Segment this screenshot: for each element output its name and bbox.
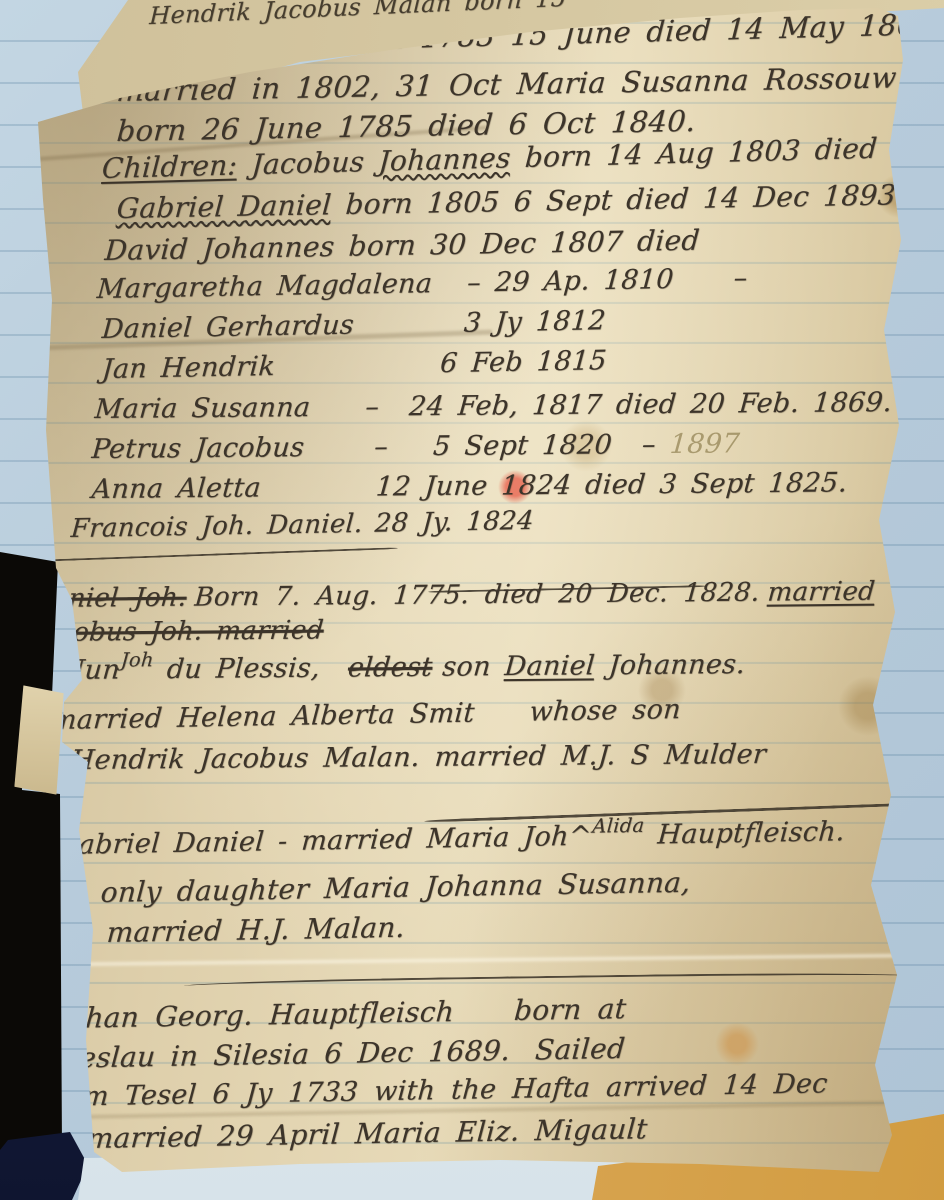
handwritten-text: David Johannes born 30 Dec 1807 died xyxy=(104,224,701,267)
handwritten-line-23: Breslau in Silesia 6 Dec 1689.Sailed xyxy=(44,1032,627,1075)
spacing-gap xyxy=(474,721,529,722)
handwritten-line-25: married 29 April Maria Eliz. Migault xyxy=(86,1112,649,1155)
handwritten-text: 5 Sept 1820 xyxy=(432,429,613,462)
handwritten-text: whose son xyxy=(528,694,682,728)
handwritten-text: – xyxy=(364,392,380,423)
spacing-gap xyxy=(275,372,440,375)
handwritten-line-12: Anna Aletta12 June 1824 died 3 Sept 1825… xyxy=(91,467,849,505)
handwritten-text: born 1805 6 Sept died 14 Dec 1893 xyxy=(330,178,897,221)
spacing-gap xyxy=(260,496,375,497)
handwritten-text: Hendrik Jacobus Malan. married M.J. S Mu… xyxy=(70,739,768,776)
handwritten-text: 1897 xyxy=(669,428,741,460)
handwritten-text: 3 Jy 1812 xyxy=(463,305,607,339)
handwritten-text: 6 Feb 1815 xyxy=(439,345,608,379)
handwritten-line-20: only daughter Maria Johanna Susanna, xyxy=(100,866,692,909)
handwritten-text: only daughter Maria Johanna Susanna, xyxy=(100,866,692,909)
paper-crease xyxy=(55,954,905,967)
handwritten-text: 28 Jy. 1824 xyxy=(374,506,535,539)
handwritten-line-13: Francois Joh. Daniel.28 Jy. 1824 xyxy=(70,506,535,544)
handwritten-line-15: Jacobus Joh. married xyxy=(31,615,325,648)
handwritten-text: Children: xyxy=(101,148,238,185)
handwritten-text: – xyxy=(641,429,657,460)
handwritten-text: Jacobus Joh. married xyxy=(31,615,325,648)
handwritten-text: Daniel Gerhardus xyxy=(101,310,355,345)
handwritten-text: married 29 April Maria Eliz. Migault xyxy=(86,1112,649,1155)
handwritten-text: Petrus Jacobus xyxy=(91,432,306,465)
handwritten-text: – xyxy=(373,431,389,462)
handwritten-line-9: Jan Hendrik6 Feb 1815 xyxy=(101,345,608,385)
photo-of-handwritten-genealogy-page: Hendrik Jacobus Malan born 15 Jacobus Fr… xyxy=(0,0,944,1200)
handwritten-text: Gabriel Daniel xyxy=(116,188,333,225)
handwritten-line-11: Petrus Jacobus–5 Sept 1820–1897 xyxy=(91,428,741,465)
spacing-gap xyxy=(454,1020,514,1021)
handwritten-text: born at xyxy=(513,992,627,1027)
handwritten-line-16: NunJoh du Plessis,eldestson Daniel Johan… xyxy=(60,649,747,686)
handwritten-text: Joh xyxy=(120,648,155,671)
spacing-gap xyxy=(432,292,467,293)
handwritten-line-7: Margaretha Magdalena– 29 Ap. 1810– xyxy=(96,263,749,305)
handwritten-text: Francois Joh. Daniel. xyxy=(70,509,364,544)
handwritten-text: Daniel xyxy=(503,650,596,682)
spacing-gap xyxy=(304,456,374,457)
handwritten-text: 24 Feb, 1817 died 20 Feb. 1869. xyxy=(408,387,893,422)
handwritten-text: – 29 Ap. 1810 xyxy=(466,264,675,299)
handwritten-text: ^ xyxy=(568,821,593,852)
handwritten-line-18: Hendrik Jacobus Malan. married M.J. S Mu… xyxy=(70,739,768,776)
handwritten-text: Hauptfleisch. xyxy=(643,816,846,851)
handwritten-text: Anna Aletta xyxy=(91,473,263,505)
handwritten-text: eldest xyxy=(347,652,434,684)
handwritten-text: Maria Susanna xyxy=(94,392,312,425)
handwritten-line-6: David Johannes born 30 Dec 1807 died xyxy=(104,224,701,267)
handwritten-line-8: Daniel Gerhardus3 Jy 1812 xyxy=(101,305,607,345)
handwritten-line-21: married H.J. Malan. xyxy=(106,911,406,949)
handwritten-text: 12 June 1824 died 3 Sept 1825. xyxy=(375,467,849,502)
handwritten-line-22: Johan Georg. Hauptfleischborn at xyxy=(56,992,628,1035)
handwritten-text: Johannes. xyxy=(594,649,747,681)
handwritten-line-19: Gabriel Daniel - married Maria Joh^Alida… xyxy=(56,816,846,861)
spacing-gap xyxy=(673,287,733,288)
handwritten-text: Jacobus xyxy=(236,145,379,182)
ink-divider xyxy=(184,971,908,991)
handwritten-text: du Plessis, xyxy=(152,653,321,685)
handwritten-text: Johan Georg. Hauptfleisch xyxy=(56,995,456,1035)
handwritten-text: Born 7. Aug. 1775. died 20 Dec. 1828. xyxy=(193,578,760,613)
handwritten-text: Breslau in Silesia 6 Dec 1689. xyxy=(44,1034,512,1075)
handwritten-text: Johannes xyxy=(378,141,512,178)
handwritten-text: married H.J. Malan. xyxy=(106,911,406,949)
handwritten-text: Gabriel Daniel - married Maria Joh xyxy=(56,821,570,861)
handwritten-text: Sailed xyxy=(534,1032,626,1067)
handwritten-line-10: Maria Susanna–24 Feb, 1817 died 20 Feb. … xyxy=(94,387,894,425)
handwritten-line-14: Daniel Joh.Born 7. Aug. 1775. died 20 De… xyxy=(31,577,877,614)
handwritten-text: Margaretha Magdalena xyxy=(96,268,433,305)
handwritten-text: son xyxy=(441,651,506,683)
notebook-page: Jacobus Francois born 1783 15 June died … xyxy=(0,0,944,1200)
handwritten-text: Jan Hendrik xyxy=(101,351,276,385)
handwritten-text: married xyxy=(766,577,876,608)
handwritten-line-5: Gabriel Daniel born 1805 6 Sept died 14 … xyxy=(116,178,897,225)
partial-top-line: Hendrik Jacobus Malan born 15 xyxy=(149,0,567,30)
spacing-gap xyxy=(353,332,463,334)
handwritten-line-17: married Helena Alberta Smitwhose son xyxy=(50,694,682,736)
handwritten-text: – xyxy=(733,263,749,294)
handwritten-text: married Helena Alberta Smit xyxy=(50,698,476,736)
handwritten-text: Alida xyxy=(592,814,646,838)
handwritten-text: Nun xyxy=(60,654,122,686)
ink-underline xyxy=(6,547,398,563)
